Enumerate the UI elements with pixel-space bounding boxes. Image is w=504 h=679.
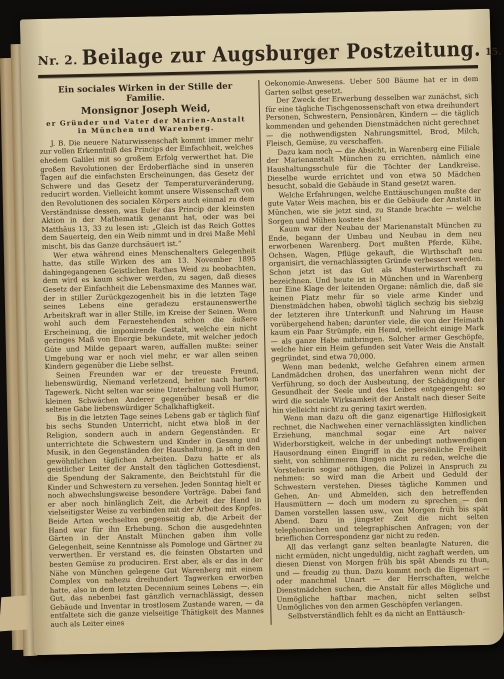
- masthead: Nr. 2. Beilage zur Augsburger Postzeitun…: [38, 39, 478, 70]
- paragraph: J. B. Die neuere Naturwissenschaft kommt…: [40, 135, 256, 252]
- paragraph: Der Zweck der Erwerbung desselben war zu…: [265, 92, 480, 148]
- page-content: Nr. 2. Beilage zur Augsburger Postzeitun…: [20, 9, 504, 630]
- dedication-line-2: in München und Warenberg.: [78, 124, 215, 135]
- right-column-text: Oekonomie-Anwesens. Ueber 500 Bäume hat …: [265, 75, 491, 621]
- right-column: Oekonomie-Anwesens. Ueber 500 Bäume hat …: [259, 75, 491, 624]
- paragraph: Seinen Freunden war er der treueste Freu…: [45, 367, 259, 415]
- paragraph: All das verlangt ganz selten beanlagte N…: [275, 539, 490, 613]
- paragraph: Kaum war der Neubau der Marienanstalt Mü…: [268, 221, 485, 363]
- paragraph: Bis in die letzten Tage seines Lebens ga…: [46, 410, 264, 630]
- article-columns: Ein sociales Wirken in der Stille der Fa…: [38, 75, 490, 629]
- paragraph: Dazu kam noch — die Absicht, in Warenber…: [266, 144, 480, 192]
- article-headline: Ein sociales Wirken in der Stille der Fa…: [38, 81, 252, 106]
- issue-number: Nr. 2.: [38, 53, 78, 68]
- article-dedication: er Gründer und Vater der Marien-Anstalt …: [39, 115, 253, 137]
- left-column-text: J. B. Die neuere Naturwissenschaft kommt…: [40, 135, 265, 630]
- paragraph: Wenn man dazu oft die ganz eigenartige H…: [272, 410, 488, 544]
- issue-date: 15. Jan. 1897.: [485, 45, 504, 58]
- paragraph: Wenn man bedenkt, welche Gefahren einem …: [271, 359, 486, 415]
- newspaper-page: Nr. 2. Beilage zur Augsburger Postzeitun…: [20, 9, 504, 655]
- paragraph: Wer etwa während eines Menschenalters Ge…: [42, 247, 258, 372]
- paragraph: Welche Erfahrungen, welche Enttäuschunge…: [267, 187, 481, 226]
- left-column: Ein sociales Wirken in der Stille der Fa…: [38, 80, 270, 629]
- photo-background: Nr. 2. Beilage zur Augsburger Postzeitun…: [0, 0, 504, 679]
